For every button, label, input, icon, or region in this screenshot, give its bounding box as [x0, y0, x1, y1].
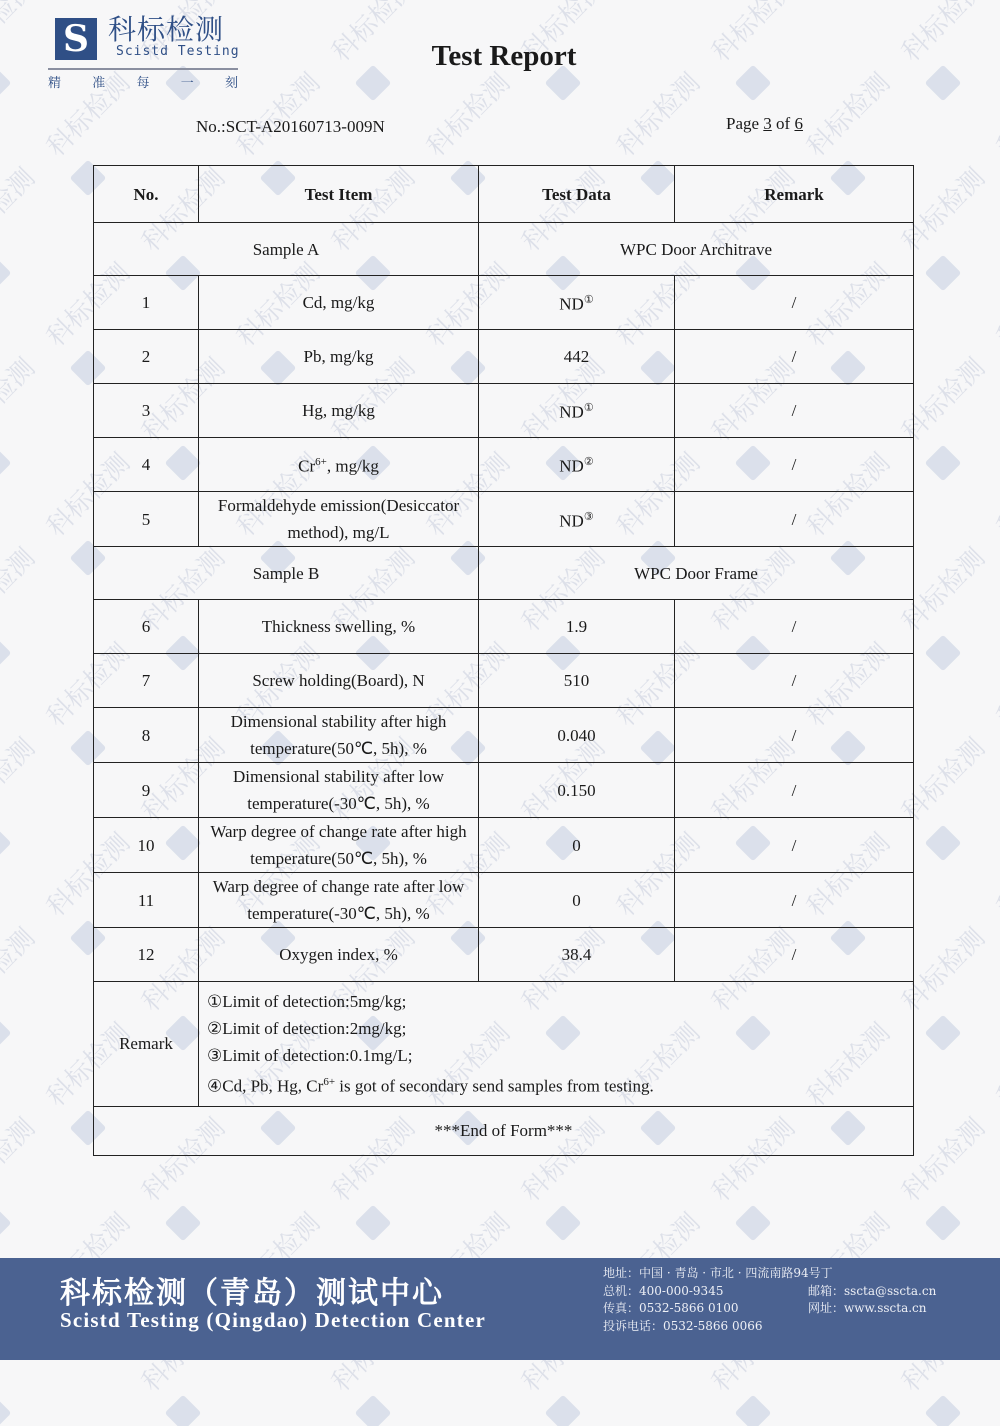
sample-a-label: Sample A — [94, 223, 479, 276]
header-remark: Remark — [675, 166, 914, 223]
table-row: 6Thickness swelling, %1.9/ — [94, 600, 914, 654]
email-link[interactable]: 邮箱：sscta@sscta.cn — [808, 1283, 936, 1301]
report-number: No.:SCT-A20160713-009N — [196, 117, 385, 137]
remark-notes: ①Limit of detection:5mg/kg; ②Limit of de… — [199, 982, 914, 1107]
sample-a-name: WPC Door Architrave — [479, 223, 914, 276]
logo-slogan: 精 准 每 一 刻 — [48, 72, 238, 91]
footer-contact: 地址：中国 · 青岛 · 市北 · 四流南路94号丁 总机：400-000-93… — [603, 1265, 833, 1335]
test-results-table: No. Test Item Test Data Remark Sample A … — [93, 165, 914, 1156]
table-row: 12Oxygen index, %38.4/ — [94, 928, 914, 982]
header-no: No. — [94, 166, 199, 223]
header-test-data: Test Data — [479, 166, 675, 223]
end-of-form-row: ***End of Form*** — [94, 1106, 914, 1155]
website-link[interactable]: 网址：www.sscta.cn — [808, 1300, 936, 1318]
remark-row: Remark ①Limit of detection:5mg/kg; ②Limi… — [94, 982, 914, 1107]
footer-online: 邮箱：sscta@sscta.cn 网址：www.sscta.cn — [808, 1283, 936, 1318]
sample-b-name: WPC Door Frame — [479, 547, 914, 600]
sample-a-row: Sample A WPC Door Architrave — [94, 223, 914, 276]
table-row: 1 Cd, mg/kg ND① / — [94, 276, 914, 330]
table-row: 9Dimensional stability after low tempera… — [94, 763, 914, 818]
end-of-form: ***End of Form*** — [94, 1106, 914, 1155]
footer-banner: 科标检测（青岛）测试中心 Scistd Testing (Qingdao) De… — [0, 1258, 1000, 1360]
table-row: 2 Pb, mg/kg 442 / — [94, 330, 914, 384]
sample-b-row: Sample B WPC Door Frame — [94, 547, 914, 600]
table-row: 10Warp degree of change rate after high … — [94, 818, 914, 873]
sample-b-label: Sample B — [94, 547, 479, 600]
table-header-row: No. Test Item Test Data Remark — [94, 166, 914, 223]
footer-chinese-name: 科标检测（青岛）测试中心 — [60, 1268, 444, 1312]
remark-label: Remark — [94, 982, 199, 1107]
header-test-item: Test Item — [199, 166, 479, 223]
table-row: 7Screw holding(Board), N510/ — [94, 654, 914, 708]
table-row: 8Dimensional stability after high temper… — [94, 708, 914, 763]
table-row: 4 Cr6+, mg/kg ND② / — [94, 438, 914, 492]
table-row: 3 Hg, mg/kg ND① / — [94, 384, 914, 438]
page-title: Test Report — [0, 40, 1000, 73]
footer-english-name: Scistd Testing (Qingdao) Detection Cente… — [60, 1308, 486, 1333]
page-number: Page 3 of 6 — [726, 114, 803, 134]
table-row: 5 Formaldehyde emission(Desiccator metho… — [94, 492, 914, 547]
table-row: 11Warp degree of change rate after low t… — [94, 873, 914, 928]
